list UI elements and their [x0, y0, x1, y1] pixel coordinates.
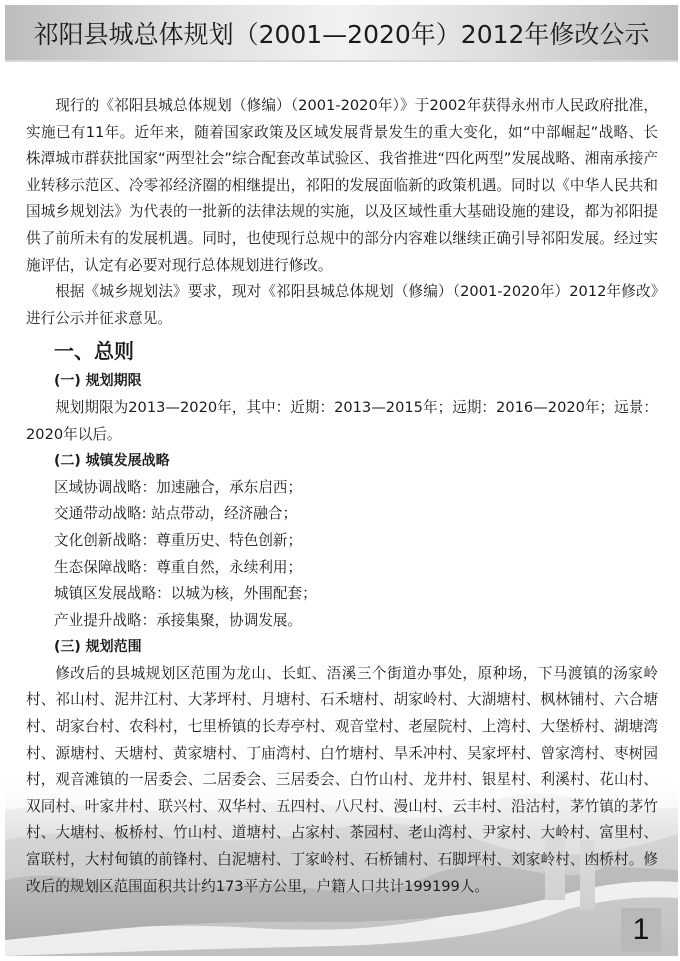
intro-paragraph-2: 根据《城乡规划法》要求，现对《祁阳县城总体规划（修编）（2001-2020年）2… — [26, 279, 658, 332]
document-page: 祁阳县城总体规划（2001—2020年）2012年修改公示 现行的《祁阳县 — [5, 0, 680, 961]
planning-period-text: 规划期限为2013—2020年，其中：近期：2013—2015年；远期：2016… — [26, 395, 658, 448]
strategy-item: 交通带动战略: 站点带动，经济融合； — [26, 501, 658, 528]
document-body: 现行的《祁阳县城总体规划（修编）（2001-2020年）》于2002年获得永州市… — [26, 93, 658, 900]
title-banner: 祁阳县城总体规划（2001—2020年）2012年修改公示 — [5, 5, 678, 62]
page-number-badge: 1 — [621, 908, 661, 952]
strategy-item: 产业提升战略：承接集聚，协调发展。 — [26, 608, 658, 635]
page-title: 祁阳县城总体规划（2001—2020年）2012年修改公示 — [34, 15, 650, 51]
section-heading-general: 一、总则 — [26, 334, 658, 368]
strategy-item: 区域协调战略：加速融合，承东启西； — [26, 475, 658, 502]
planning-scope-text: 修改后的县城规划区范围为龙山、长虹、浯溪三个街道办事处，原种场，下马渡镇的汤家岭… — [26, 661, 658, 900]
strategy-item: 生态保障战略：尊重自然，永续利用； — [26, 555, 658, 582]
subheading-planning-period: (一) 规划期限 — [26, 368, 658, 395]
strategy-item: 城镇区发展战略：以城为核，外围配套； — [26, 581, 658, 608]
strategy-item: 文化创新战略：尊重历史、特色创新； — [26, 528, 658, 555]
intro-paragraph-1: 现行的《祁阳县城总体规划（修编）（2001-2020年）》于2002年获得永州市… — [26, 93, 658, 279]
subheading-planning-scope: (三) 规划范围 — [26, 634, 658, 661]
subheading-development-strategy: (二) 城镇发展战略 — [26, 448, 658, 475]
